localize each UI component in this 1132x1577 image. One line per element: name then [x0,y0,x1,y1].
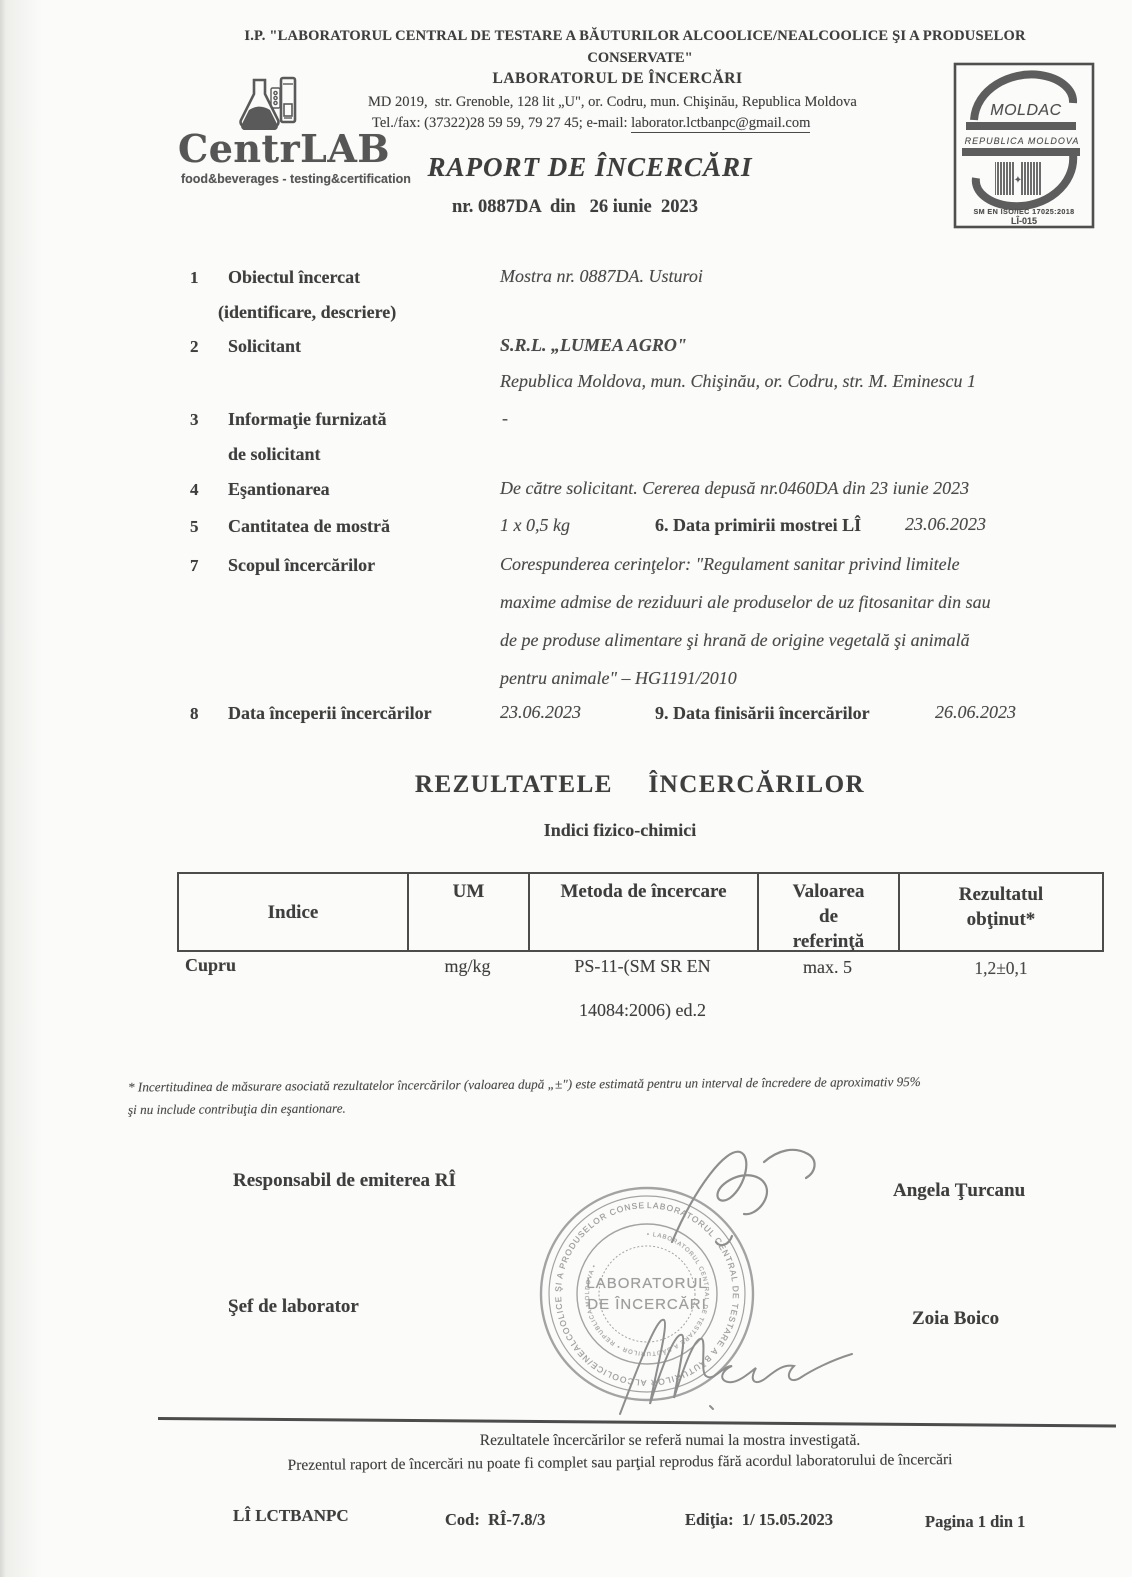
info-2-label: Solicitant [228,336,301,357]
signature-1 [662,1142,842,1259]
info-1-label: Obiectul încercat [228,267,360,288]
purpose-line1: Corespunderea cerinţelor: "Regulament sa… [500,554,960,575]
signatory-role-1: Responsabil de emiterea RÎ [233,1170,456,1192]
report-number: nr. 0887DA din 26 iunie 2023 [330,197,820,218]
column-header-valoare-referinta: Valoarea de referinţă [757,874,898,950]
footer-doc-id: LÎ LCTBANPC [233,1506,349,1526]
lab-address: MD 2019, str. Grenoble, 128 lit „U", or.… [368,94,857,111]
table-cell-indice: Cupru [185,955,236,976]
measurement-uncertainty-note-line2: şi nu include contribuţia din eşantionar… [128,1098,728,1118]
accreditation-standard: SM EN ISO/IEC 17025:2018 [973,207,1074,216]
info-7-number: 7 [190,556,199,576]
results-title: REZULTATELE ÎNCERCĂRILOR [170,771,1110,799]
column-header-indice: Indice [179,874,407,950]
signature-2 [612,1288,862,1423]
footer-doc-code: Cod: RÎ-7.8/3 [445,1510,545,1530]
scanned-report-page: I.P. "LABORATORUL CENTRAL DE TESTARE A B… [0,0,1132,1577]
receipt-date-label: 6. Data primirii mostrei LÎ [655,515,861,536]
info-2-number: 2 [190,337,199,357]
info-5-label: Cantitatea de mostră [228,516,390,537]
info-1-number: 1 [190,268,199,288]
signatory-name-1: Angela Ţurcanu [893,1180,1025,1202]
table-cell-valoare: max. 5 [757,957,898,978]
lab-contact: Tel./fax: (37322)28 59 59, 79 27 45; e-m… [372,115,810,132]
footer-edition: Ediţia: 1/ 15.05.2023 [685,1510,833,1530]
info-3-number: 3 [190,410,199,430]
info-4-number: 4 [190,480,199,500]
applicant-name: S.R.L. „LUMEA AGRO" [500,335,687,356]
footer-page-number: Pagina 1 din 1 [925,1512,1025,1532]
info-1-label2: (identificare, descriere) [218,302,396,323]
moldac-name: MOLDAC [990,102,1061,119]
sampling-value: De către solicitant. Cererea depusă nr.0… [500,478,969,499]
table-cell-um: mg/kg [407,956,528,977]
table-cell-metoda-line1: PS-11-(SM SR EN [528,956,757,977]
accreditation-code: LÎ-015 [1011,215,1037,226]
receipt-date-value: 23.06.2023 [905,514,986,535]
purpose-line3: de pe produse alimentare şi hrană de ori… [500,630,970,651]
signatory-role-2: Şef de laborator [228,1296,359,1318]
moldova-flag-icon: ✦ [995,162,1041,195]
column-header-metoda: Metoda de încercare [528,874,757,950]
info-5-number: 5 [190,517,199,537]
info-8-number: 8 [190,704,199,724]
results-subtitle: Indici fizico-chimici [170,820,1070,841]
table-cell-rezultat: 1,2±0,1 [898,958,1104,979]
measurement-uncertainty-note-line1: * Incertitudinea de măsurare asociată re… [128,1073,1128,1096]
moldac-country: REPUBLICA MOLDOVA [965,136,1080,146]
info-7-label: Scopul încercărilor [228,555,375,576]
results-table: Indice UM Metoda de încercare Valoarea d… [177,872,1104,952]
info-4-label: Eşantionarea [228,479,330,500]
org-name-line1: I.P. "LABORATORUL CENTRAL DE TESTARE A B… [130,28,1132,45]
start-date-value: 23.06.2023 [500,702,581,723]
moldac-badge: MOLDAC REPUBLICA MOLDOVA ✦ SM EN ISO/IEC… [953,62,1095,230]
contact-prefix: Tel./fax: (37322)28 59 59, 79 27 45; e-m… [372,115,631,131]
client-info-value: - [502,408,508,429]
start-date-label: Data începerii încercărilor [228,703,432,724]
svg-text:✦: ✦ [1014,175,1022,186]
purpose-line2: maxime admise de reziduuri ale produselo… [500,592,991,613]
report-title: RAPORT DE ÎNCERCĂRI [330,152,850,183]
sample-quantity-value: 1 x 0,5 kg [500,515,570,536]
column-header-rezultat: Rezultatul obţinut* [898,874,1102,950]
applicant-address: Republica Moldova, mun. Chişinău, or. Co… [500,371,976,392]
purpose-line4: pentru animale" – HG1191/2010 [500,668,737,689]
email-link: laborator.lctbanpc@gmail.com [631,115,810,133]
info-3-label2: de solicitant [228,444,321,465]
end-date-label: 9. Data finisării încercărilor [655,703,870,724]
sample-description-value: Mostra nr. 0887DA. Usturoi [500,266,703,287]
footer-note-1: Rezultatele încercărilor se referă numai… [170,1432,1132,1450]
info-3-label: Informaţie furnizată [228,409,386,430]
column-header-um: UM [407,874,528,950]
footer-note-2: Prezentul raport de încercări nu poate f… [110,1450,1130,1477]
end-date-value: 26.06.2023 [935,702,1016,723]
signatory-name-2: Zoia Boico [912,1308,999,1330]
table-cell-metoda-line2: 14084:2006) ed.2 [528,1000,757,1021]
